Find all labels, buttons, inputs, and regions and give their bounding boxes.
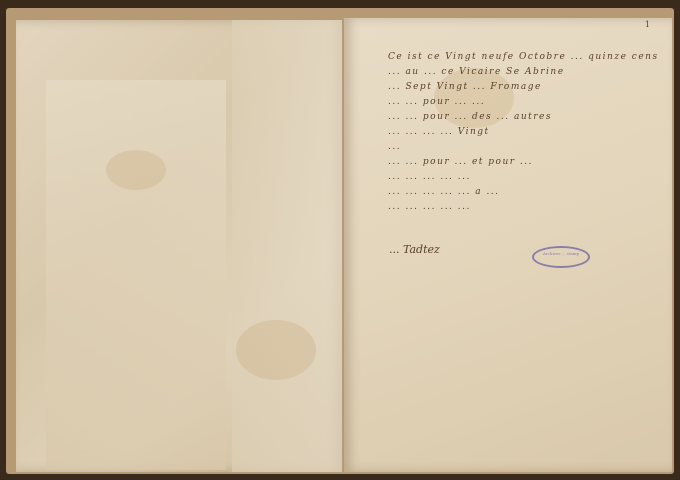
paper-edge xyxy=(232,20,342,472)
archive-stamp: Archives ... stamp xyxy=(532,246,590,268)
signature: ... Tadtez xyxy=(389,243,440,256)
stain xyxy=(236,320,316,380)
right-page: 1 Ce ist ce Vingt neufe Octobre ... quin… xyxy=(344,18,672,472)
stain xyxy=(106,150,166,190)
handwritten-text: Ce ist ce Vingt neufe Octobre ... quinze… xyxy=(388,50,658,215)
paper-fold xyxy=(46,80,226,470)
left-page xyxy=(16,20,342,472)
folio-mark: 1 xyxy=(645,20,650,29)
book: 1 Ce ist ce Vingt neufe Octobre ... quin… xyxy=(6,8,674,474)
